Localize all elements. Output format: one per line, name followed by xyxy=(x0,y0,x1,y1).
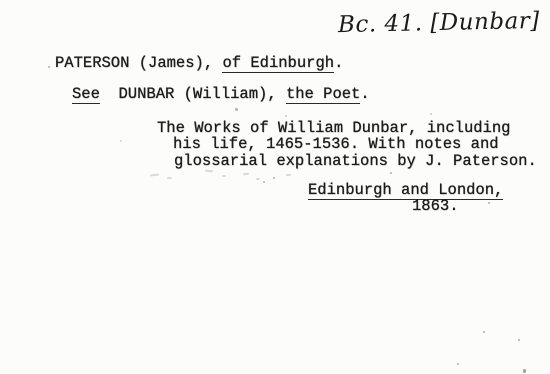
title-line-3: glossarial explanations by J. Paterson. xyxy=(174,153,537,171)
see-period: . xyxy=(360,85,369,103)
paper-smudge xyxy=(286,174,291,176)
shelfmark-annotation: Bc. 41. [Dunbar] xyxy=(338,8,540,38)
imprint-place: Edinburgh and London, xyxy=(308,181,503,200)
paper-smudge xyxy=(150,174,159,176)
paper-speck xyxy=(273,177,275,179)
paper-smudge xyxy=(243,173,249,175)
paper-smudge xyxy=(256,178,260,180)
paper-speck xyxy=(285,115,287,117)
catalog-card: Bc. 41. [Dunbar] PATERSON (James), of Ed… xyxy=(0,0,550,374)
see-reference-line: See DUNBAR (William), the Poet. xyxy=(72,86,370,104)
see-target: DUNBAR (William), xyxy=(100,85,286,103)
paper-speck xyxy=(483,331,485,333)
paper-speck xyxy=(390,172,392,174)
imprint-place-line: Edinburgh and London, xyxy=(308,182,503,200)
paper-speck xyxy=(263,181,265,183)
paper-speck xyxy=(518,339,520,341)
heading-period: . xyxy=(334,54,343,72)
paper-speck xyxy=(48,66,50,68)
heading-line: PATERSON (James), of Edinburgh. xyxy=(55,55,343,73)
paper-speck xyxy=(488,202,490,204)
see-label: See xyxy=(72,85,100,104)
paper-speck xyxy=(523,369,526,373)
paper-speck xyxy=(235,108,238,111)
paper-speck xyxy=(457,363,459,365)
paper-smudge xyxy=(205,170,213,172)
paper-speck xyxy=(532,28,534,30)
paper-speck xyxy=(430,113,432,115)
heading-place-underlined: of Edinburgh xyxy=(222,54,334,73)
heading-name: PATERSON (James), xyxy=(55,54,222,72)
paper-speck xyxy=(120,140,122,142)
see-epithet-underlined: the Poet xyxy=(286,85,360,104)
paper-smudge xyxy=(167,177,172,179)
paper-smudge xyxy=(222,175,226,177)
imprint-year: 1863. xyxy=(412,198,459,216)
